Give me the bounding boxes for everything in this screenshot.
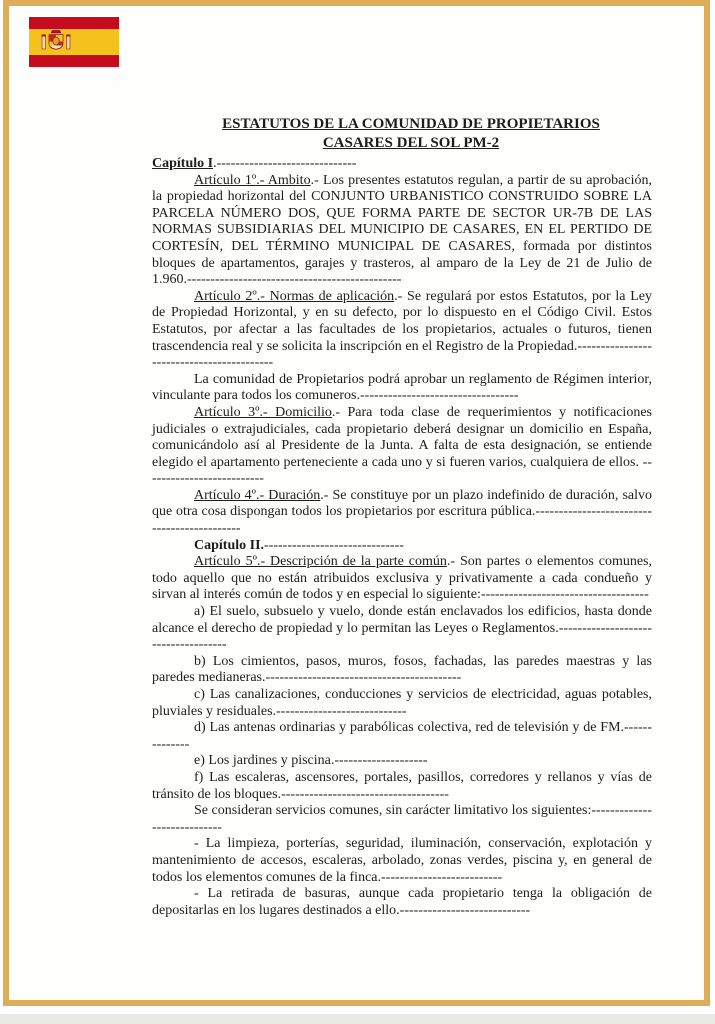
flag-stripe-top: [29, 17, 119, 29]
item-c: c) Las canalizaciones, conducciones y se…: [152, 687, 652, 720]
document-body: Capítulo I.-----------------------------…: [152, 156, 652, 919]
text-segment: Capítulo I: [152, 156, 213, 171]
flag-stripe-bottom: [29, 55, 119, 67]
document-content: ESTATUTOS DE LA COMUNIDAD DE PROPIETARIO…: [152, 115, 652, 919]
text-segment: Capítulo II.: [194, 538, 264, 553]
document-title-line-2: CASARES DEL SOL PM-2: [170, 134, 652, 153]
article-1: Artículo 1º.- Ambito.- Los presentes est…: [152, 173, 652, 289]
spain-flag: [29, 17, 119, 67]
document-title-line-1: ESTATUTOS DE LA COMUNIDAD DE PROPIETARIO…: [170, 115, 652, 134]
article-2-addendum: La comunidad de Propietarios podrá aprob…: [152, 372, 652, 405]
text-segment: d) Las antenas ordinarias y parabólicas …: [152, 720, 652, 752]
text-segment: ------------------------------: [264, 538, 404, 553]
viewer-canvas: { "page": { "border_color": "#dfac57", "…: [0, 0, 715, 1024]
item-d: d) Las antenas ordinarias y parabólicas …: [152, 720, 652, 753]
text-segment: La comunidad de Propietarios podrá aprob…: [152, 372, 652, 404]
text-segment: - La retirada de basuras, aunque cada pr…: [152, 886, 652, 918]
item-b: b) Los cimientos, pasos, muros, fosos, f…: [152, 654, 652, 687]
text-segment: Artículo 3º.- Domicilio: [194, 405, 332, 420]
horizontal-scrollbar-track[interactable]: [0, 1014, 715, 1024]
text-segment: e) Los jardines y piscina.--------------…: [194, 753, 428, 768]
article-4: Artículo 4º.- Duración.- Se constituye p…: [152, 488, 652, 538]
service-garbage: - La retirada de basuras, aunque cada pr…: [152, 886, 652, 919]
text-segment: .------------------------------: [213, 156, 356, 171]
article-3: Artículo 3º.- Domicilio.- Para toda clas…: [152, 405, 652, 488]
chapter-2-heading: Capítulo II.----------------------------…: [152, 538, 652, 555]
item-a: a) El suelo, subsuelo y vuelo, donde est…: [152, 604, 652, 654]
item-f: f) Las escaleras, ascensores, portales, …: [152, 770, 652, 803]
text-segment: - La limpieza, porterías, seguridad, ilu…: [152, 836, 652, 884]
article-5: Artículo 5º.- Descripción de la parte co…: [152, 554, 652, 604]
document-title: ESTATUTOS DE LA COMUNIDAD DE PROPIETARIO…: [170, 115, 652, 153]
spain-coat-of-arms-icon: [41, 30, 71, 54]
service-cleaning: - La limpieza, porterías, seguridad, ilu…: [152, 836, 652, 886]
text-segment: Artículo 5º.- Descripción de la parte co…: [194, 554, 447, 569]
text-segment: .- Los presentes estatutos regulan, a pa…: [152, 173, 652, 288]
article-2: Artículo 2º.- Normas de aplicación.- Se …: [152, 289, 652, 372]
common-services-intro: Se consideran servicios comunes, sin car…: [152, 803, 652, 836]
chapter-1-heading: Capítulo I.-----------------------------…: [152, 156, 652, 173]
text-segment: Artículo 2º.- Normas de aplicación: [194, 289, 394, 304]
text-segment: c) Las canalizaciones, conducciones y se…: [152, 687, 652, 719]
text-segment: Artículo 4º.- Duración: [194, 488, 320, 503]
document-page: ESTATUTOS DE LA COMUNIDAD DE PROPIETARIO…: [3, 0, 710, 1006]
text-segment: b) Los cimientos, pasos, muros, fosos, f…: [152, 654, 652, 686]
text-segment: Se consideran servicios comunes, sin car…: [152, 803, 652, 835]
text-segment: Artículo 1º.- Ambito: [194, 173, 311, 188]
text-segment: a) El suelo, subsuelo y vuelo, donde est…: [152, 604, 652, 652]
text-segment: f) Las escaleras, ascensores, portales, …: [152, 770, 652, 802]
item-e: e) Los jardines y piscina.--------------…: [152, 753, 652, 770]
